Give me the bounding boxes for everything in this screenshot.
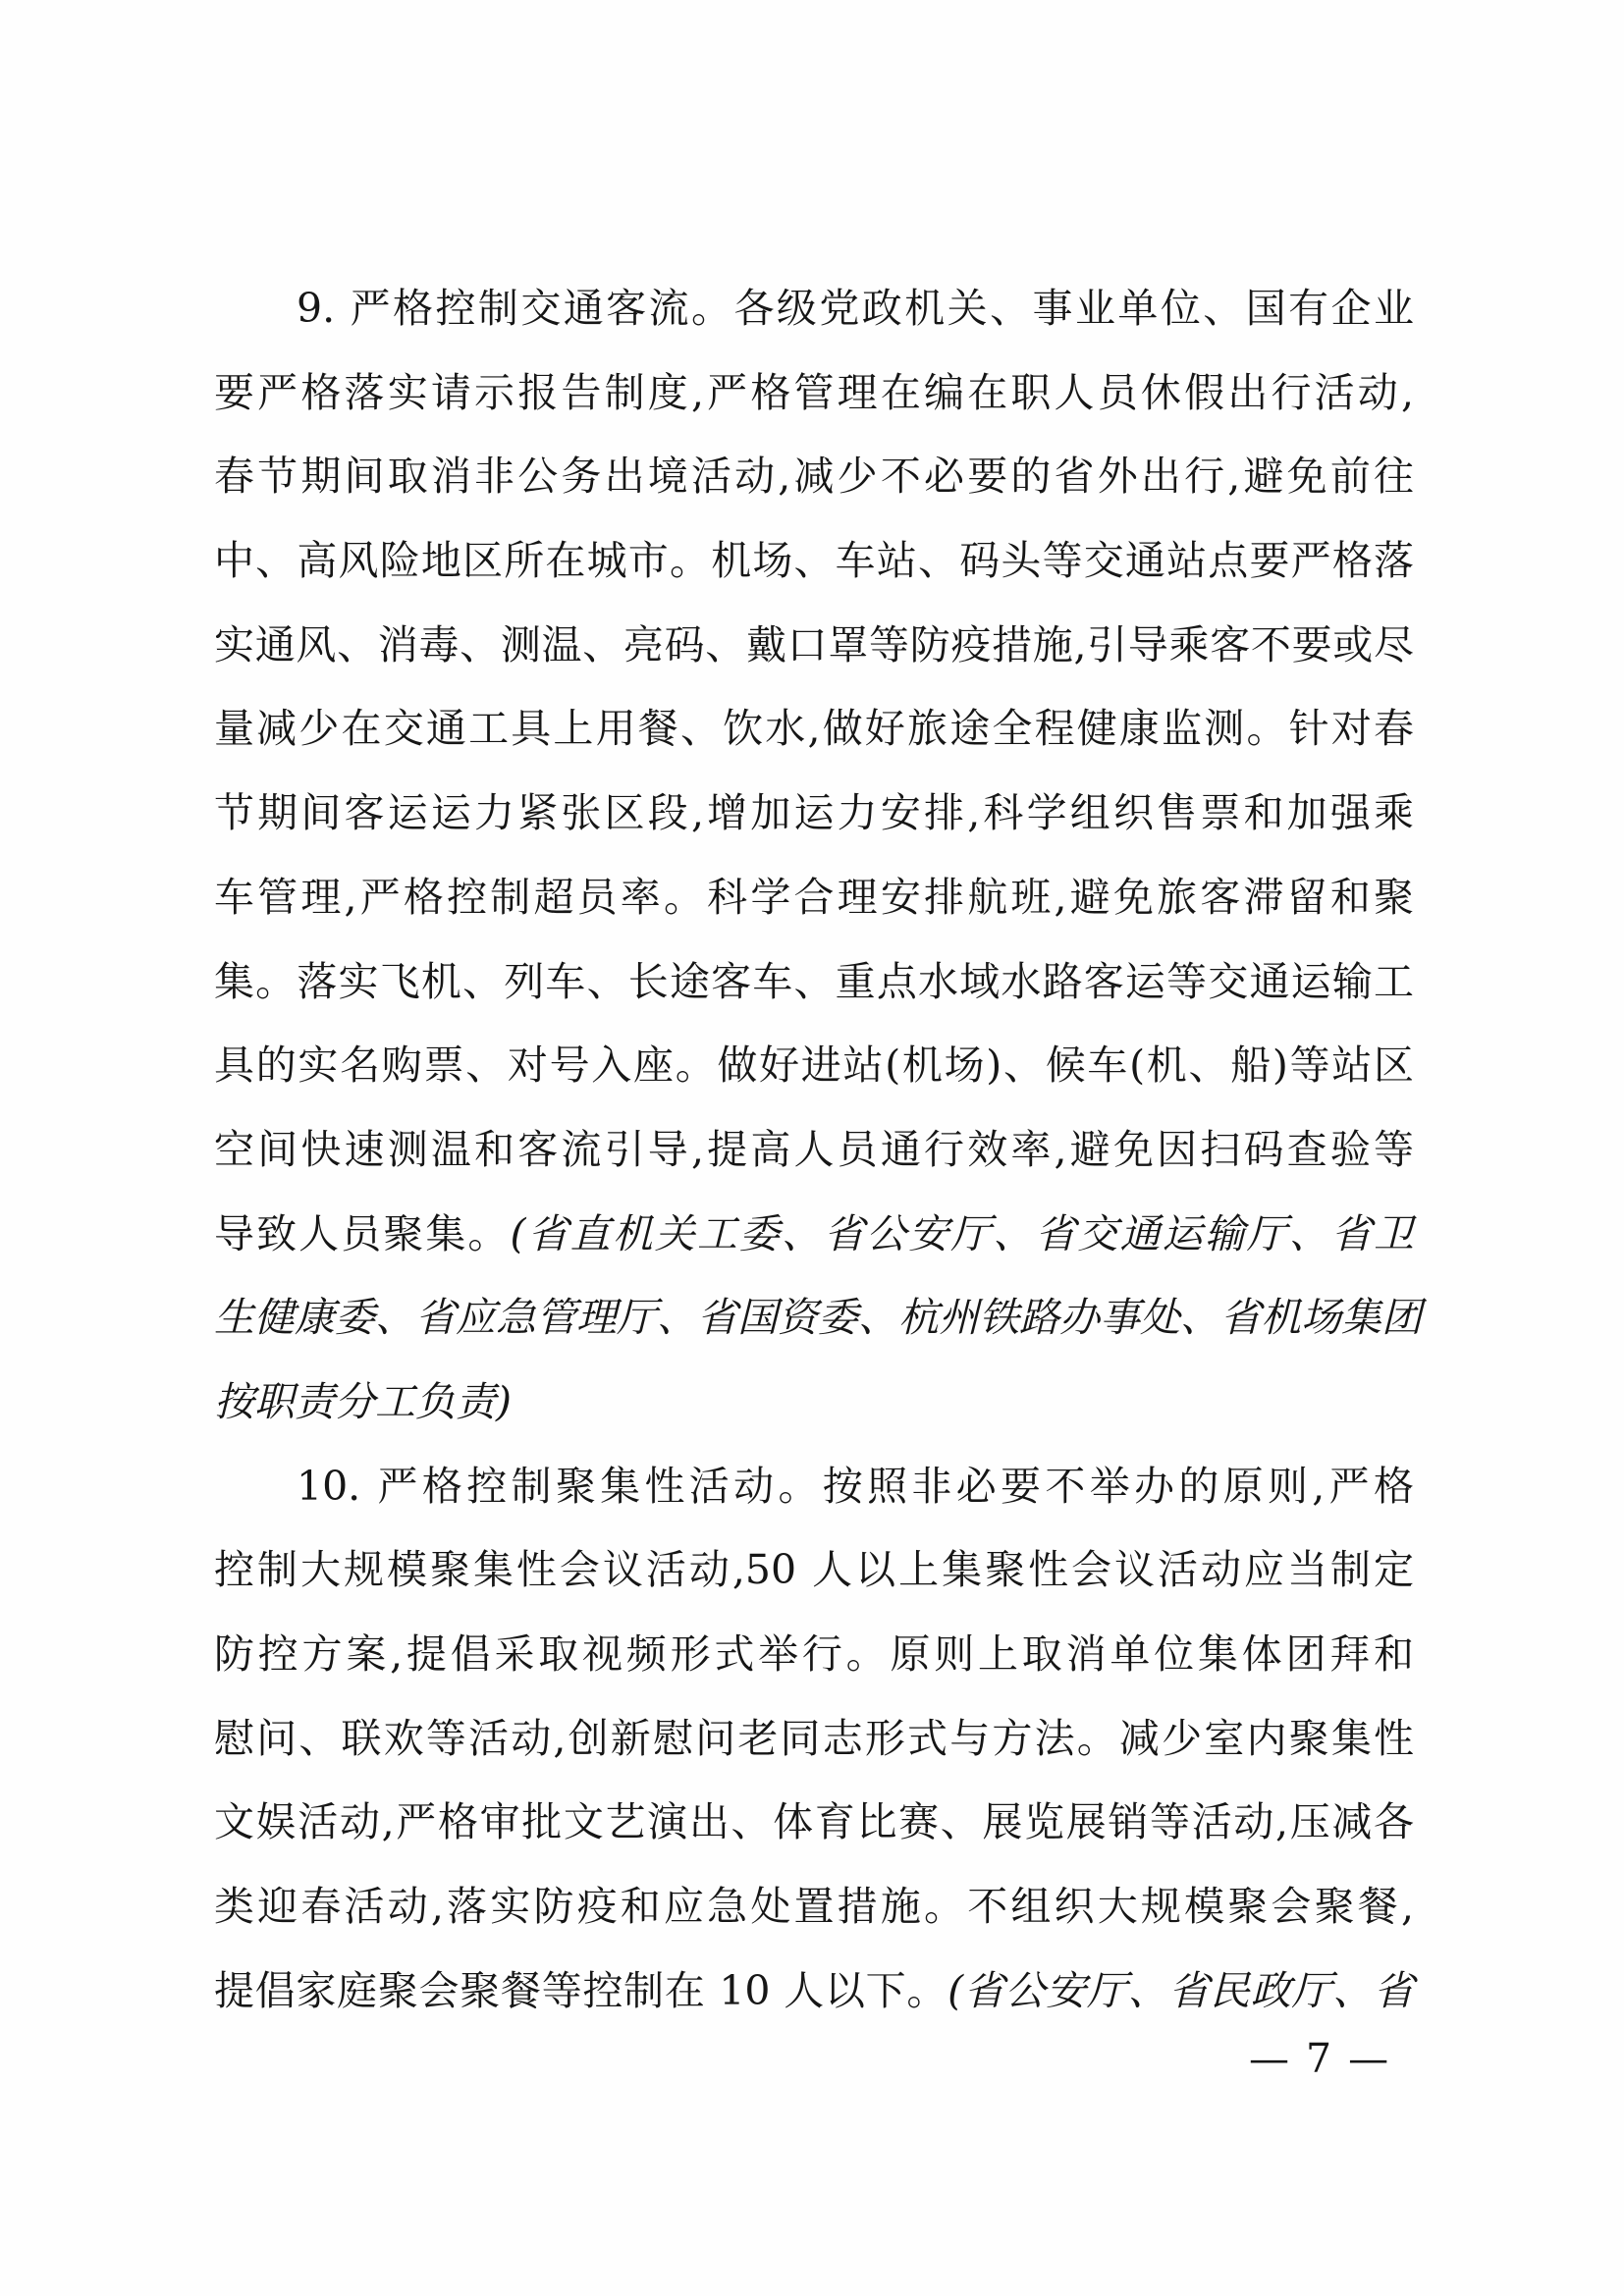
- text-line: 车管理,严格控制超员率。科学合理安排航班,避免旅客滞留和聚: [214, 856, 1414, 940]
- text-segment-fangsong: 10. 严格控制聚集性活动。按照非必要不举办的原则,严格: [297, 1463, 1414, 1510]
- text-segment-fangsong: 量减少在交通工具上用餐、饮水,做好旅途全程健康监测。针对春: [214, 705, 1414, 752]
- text-line: 具的实名购票、对号入座。做好进站(机场)、候车(机、船)等站区: [214, 1024, 1414, 1108]
- text-line: 类迎春活动,落实防疫和应急处置措施。不组织大规模聚会聚餐,: [214, 1865, 1414, 1949]
- text-line: 节期间客运运力紧张区段,增加运力安排,科学组织售票和加强乘: [214, 772, 1414, 856]
- text-line: 空间快速测温和客流引导,提高人员通行效率,避免因扫码查验等: [214, 1108, 1414, 1193]
- text-line: 实通风、消毒、测温、亮码、戴口罩等防疫措施,引导乘客不要或尽: [214, 604, 1414, 688]
- text-line: 9. 严格控制交通客流。各级党政机关、事业单位、国有企业: [214, 267, 1414, 351]
- text-segment-fangsong: 类迎春活动,落实防疫和应急处置措施。不组织大规模聚会聚餐,: [214, 1883, 1414, 1930]
- text-segment-fangsong: 春节期间取消非公务出境活动,减少不必要的省外出行,避免前往: [214, 453, 1414, 500]
- text-segment-kaiti: 按职责分工负责): [214, 1378, 512, 1425]
- text-segment-fangsong: 实通风、消毒、测温、亮码、戴口罩等防疫措施,引导乘客不要或尽: [214, 621, 1414, 668]
- text-segment-kaiti: (省直机关工委、省公安厅、省交通运输厅、省卫: [511, 1210, 1415, 1257]
- text-line: 10. 严格控制聚集性活动。按照非必要不举办的原则,严格: [214, 1445, 1414, 1529]
- text-line: 中、高风险地区所在城市。机场、车站、码头等交通站点要严格落: [214, 519, 1414, 604]
- text-segment-fangsong: 慰问、联欢等活动,创新慰问老同志形式与方法。减少室内聚集性: [214, 1715, 1414, 1762]
- document-body: 9. 严格控制交通客流。各级党政机关、事业单位、国有企业要严格落实请示报告制度,…: [214, 267, 1414, 2033]
- text-line: 提倡家庭聚会聚餐等控制在 10 人以下。(省公安厅、省民政厅、省: [214, 1949, 1414, 2034]
- text-segment-fangsong: 集。落实飞机、列车、长途客车、重点水域水路客运等交通运输工: [214, 958, 1414, 1005]
- text-segment-fangsong: 车管理,严格控制超员率。科学合理安排航班,避免旅客滞留和聚: [214, 874, 1414, 921]
- text-line: 集。落实飞机、列车、长途客车、重点水域水路客运等交通运输工: [214, 940, 1414, 1025]
- text-segment-fangsong: 9. 严格控制交通客流。各级党政机关、事业单位、国有企业: [297, 285, 1414, 332]
- text-segment-fangsong: 节期间客运运力紧张区段,增加运力安排,科学组织售票和加强乘: [214, 789, 1414, 836]
- text-segment-fangsong: 具的实名购票、对号入座。做好进站(机场)、候车(机、船)等站区: [214, 1041, 1414, 1089]
- text-line: 控制大规模聚集性会议活动,50 人以上集聚性会议活动应当制定: [214, 1528, 1414, 1613]
- text-segment-fangsong: 防控方案,提倡采取视频形式举行。原则上取消单位集体团拜和: [214, 1630, 1414, 1678]
- text-line: 要严格落实请示报告制度,严格管理在编在职人员休假出行活动,: [214, 351, 1414, 436]
- text-line: 春节期间取消非公务出境活动,减少不必要的省外出行,避免前往: [214, 435, 1414, 519]
- text-segment-fangsong: 空间快速测温和客流引导,提高人员通行效率,避免因扫码查验等: [214, 1126, 1414, 1173]
- text-segment-fangsong: 提倡家庭聚会聚餐等控制在 10 人以下。: [214, 1967, 947, 2014]
- text-line: 量减少在交通工具上用餐、饮水,做好旅途全程健康监测。针对春: [214, 687, 1414, 772]
- page-number: — 7 —: [1249, 2024, 1406, 2093]
- text-segment-fangsong: 导致人员聚集。: [214, 1210, 511, 1257]
- text-segment-fangsong: 中、高风险地区所在城市。机场、车站、码头等交通站点要严格落: [214, 537, 1414, 584]
- text-line: 按职责分工负责): [214, 1361, 1414, 1445]
- text-line: 防控方案,提倡采取视频形式举行。原则上取消单位集体团拜和: [214, 1613, 1414, 1697]
- text-line: 导致人员聚集。(省直机关工委、省公安厅、省交通运输厅、省卫: [214, 1193, 1414, 1277]
- text-segment-fangsong: 要严格落实请示报告制度,严格管理在编在职人员休假出行活动,: [214, 369, 1414, 416]
- text-segment-fangsong: 控制大规模聚集性会议活动,50 人以上集聚性会议活动应当制定: [214, 1546, 1414, 1593]
- text-segment-fangsong: 文娱活动,严格审批文艺演出、体育比赛、展览展销等活动,压减各: [214, 1798, 1414, 1845]
- text-line: 慰问、联欢等活动,创新慰问老同志形式与方法。减少室内聚集性: [214, 1697, 1414, 1782]
- text-segment-kaiti: 生健康委、省应急管理厅、省国资委、杭州铁路办事处、省机场集团: [214, 1294, 1422, 1341]
- text-line: 生健康委、省应急管理厅、省国资委、杭州铁路办事处、省机场集团: [214, 1276, 1414, 1361]
- text-line: 文娱活动,严格审批文艺演出、体育比赛、展览展销等活动,压减各: [214, 1781, 1414, 1865]
- document-page: 9. 严格控制交通客流。各级党政机关、事业单位、国有企业要严格落实请示报告制度,…: [0, 0, 1624, 2296]
- text-segment-kaiti: (省公安厅、省民政厅、省: [947, 1967, 1414, 2014]
